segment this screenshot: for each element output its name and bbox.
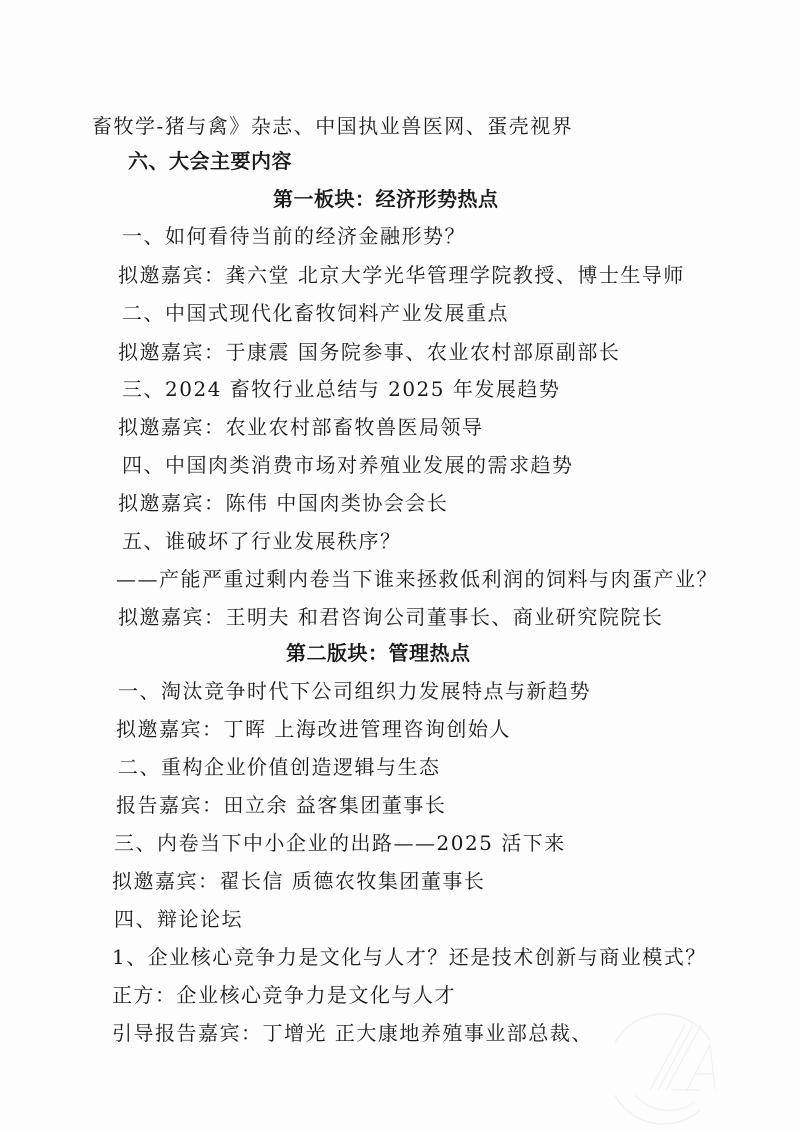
block1-guest-4: 拟邀嘉宾：陈伟 中国肉类协会会长	[118, 490, 448, 516]
document-page: 畜牧学-猪与禽》杂志、中国执业兽医网、蛋壳视界 六、大会主要内容 第一板块：经济…	[0, 0, 800, 1130]
block1-topic-1: 一、如何看待当前的经济金融形势？	[122, 223, 466, 249]
block2-topic-4: 四、辩论论坛	[114, 906, 243, 932]
block2-guest-3: 拟邀嘉宾：翟长信 质德农牧集团董事长	[112, 868, 485, 894]
block2-topic-3: 三、内卷当下中小企业的出路——2025 活下来	[114, 830, 566, 856]
section-title: 六、大会主要内容	[128, 148, 292, 174]
block2-guest-1: 拟邀嘉宾：丁晖 上海改进管理咨询创始人	[116, 716, 511, 742]
block1-topic-5: 五、谁破坏了行业发展秩序？	[122, 528, 402, 554]
block1-topic-2: 二、中国式现代化畜牧饲料产业发展重点	[122, 300, 509, 326]
debate-affirmative: 正方：企业核心竞争力是文化与人才	[112, 982, 456, 1008]
block1-guest-1: 拟邀嘉宾：龚六堂 北京大学光华管理学院教授、博士生导师	[118, 262, 685, 288]
block1-guest-3: 拟邀嘉宾：农业农村部畜牧兽医局领导	[118, 414, 484, 440]
circle-logo-icon	[615, 1010, 735, 1130]
debate-lead-speaker: 引导报告嘉宾：丁增光 正大康地养殖事业部总裁、	[112, 1020, 593, 1046]
block2-topic-2: 二、重构企业价值创造逻辑与生态	[118, 754, 441, 780]
block1-guest-5: 拟邀嘉宾：王明夫 和君咨询公司董事长、商业研究院院长	[118, 604, 663, 630]
debate-question: 1、企业核心竞争力是文化与人才？还是技术创新与商业模式？	[112, 944, 707, 970]
block2-topic-1: 一、淘汰竞争时代下公司组织力发展特点与新趋势	[118, 678, 591, 704]
block1-subtopic-5: ——产能严重过剩内卷当下谁来拯救低利润的饲料与肉蛋产业？	[116, 566, 718, 592]
intro-line: 畜牧学-猪与禽》杂志、中国执业兽医网、蛋壳视界	[92, 113, 573, 139]
block1-guest-2: 拟邀嘉宾：于康震 国务院参事、农业农村部原副部长	[118, 339, 620, 365]
block1-title: 第一板块：经济形势热点	[273, 186, 499, 212]
block1-topic-4: 四、中国肉类消费市场对养殖业发展的需求趋势	[122, 452, 574, 478]
block1-topic-3: 三、2024 畜牧行业总结与 2025 年发展趋势	[122, 376, 560, 402]
block2-title: 第二版块：管理热点	[286, 640, 471, 666]
block2-guest-2: 报告嘉宾：田立余 益客集团董事长	[116, 792, 446, 818]
